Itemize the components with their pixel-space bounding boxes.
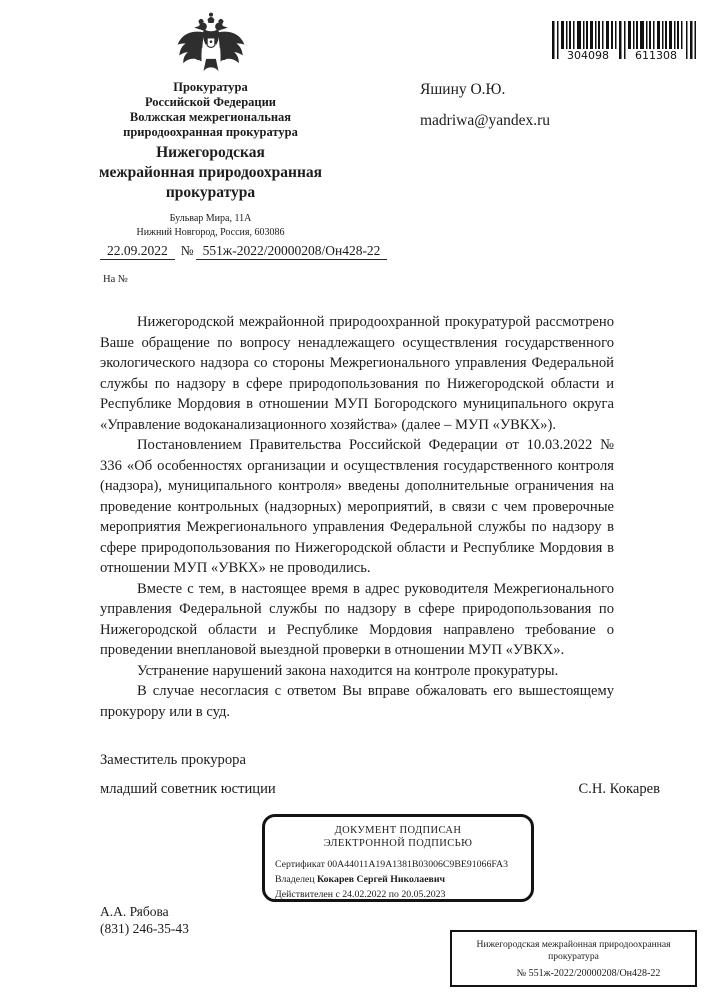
signer-name: С.Н. Кокарев <box>578 781 660 798</box>
signer-rank: младший советник юстиции <box>100 781 276 798</box>
addressee-email: madriwa@yandex.ru <box>420 105 550 136</box>
owner-label: Владелец <box>275 874 315 885</box>
outgoing-reference-line: 22.09.2022№551ж-2022/20000208/Он428-22 <box>100 243 387 259</box>
signature-row: младший советник юстиции С.Н. Кокарев <box>100 781 660 798</box>
russia-coat-of-arms-icon <box>172 12 250 76</box>
org-parent-line: природоохранная прокуратура <box>68 125 353 140</box>
addressee-block: Яшину О.Ю. madriwa@yandex.ru <box>420 74 550 136</box>
outgoing-number: 551ж-2022/20000208/Он428-22 <box>196 243 388 260</box>
org-address-line: Нижний Новгород, Россия, 603086 <box>68 226 353 240</box>
body-paragraph: В случае несогласия с ответом Вы вправе … <box>100 681 614 722</box>
stamp-certificate-line: Сертификат 00A44011A19A1381B03006C9BE910… <box>275 857 521 872</box>
letter-page: Прокуратура Российской Федерации Волжска… <box>0 0 706 1000</box>
letterhead: Прокуратура Российской Федерации Волжска… <box>68 12 353 240</box>
barcode-left-digits: 304098 <box>567 49 609 62</box>
body-paragraph: Постановлением Правительства Российской … <box>100 435 614 579</box>
owner-name: Кокарев Сергей Николаевич <box>317 874 445 885</box>
org-address: Бульвар Мира, 11А Нижний Новгород, Росси… <box>68 212 353 240</box>
body-paragraph: Нижегородской межрайонной природоохранно… <box>100 312 614 435</box>
org-name-line: прокуратура <box>68 183 353 203</box>
org-parent-name: Прокуратура Российской Федерации Волжска… <box>68 80 353 140</box>
stamp-details: Сертификат 00A44011A19A1381B03006C9BE910… <box>275 857 521 902</box>
registration-number: № 551ж-2022/20000208/Он428-22 <box>452 968 695 979</box>
org-parent-line: Российской Федерации <box>68 95 353 110</box>
org-name: Нижегородская межрайонная природоохранна… <box>68 143 353 203</box>
barcode-image: 304098 611308 <box>552 21 697 65</box>
org-address-line: Бульвар Мира, 11А <box>68 212 353 226</box>
stamp-title-line: ДОКУМЕНТ ПОДПИСАН <box>275 824 521 837</box>
barcode-right-digits: 611308 <box>635 49 677 62</box>
org-name-line: Нижегородская <box>68 143 353 163</box>
executor-block: А.А. Рябова (831) 246-35-43 <box>100 903 189 937</box>
letter-body: Нижегородской межрайонной природоохранно… <box>100 312 614 722</box>
reply-to-label: На № <box>103 274 128 285</box>
executor-phone: (831) 246-35-43 <box>100 920 189 937</box>
stamp-owner-line: Владелец Кокарев Сергей Николаевич <box>275 872 521 887</box>
registration-org: Нижегородская межрайонная природоохранна… <box>452 939 695 963</box>
org-name-line: межрайонная природоохранная <box>68 163 353 183</box>
body-paragraph: Вместе с тем, в настоящее время в адрес … <box>100 579 614 661</box>
org-parent-line: Прокуратура <box>68 80 353 95</box>
addressee-name: Яшину О.Ю. <box>420 74 550 105</box>
esignature-stamp: ДОКУМЕНТ ПОДПИСАН ЭЛЕКТРОННОЙ ПОДПИСЬЮ С… <box>262 814 534 902</box>
executor-name: А.А. Рябова <box>100 903 189 920</box>
stamp-title: ДОКУМЕНТ ПОДПИСАН ЭЛЕКТРОННОЙ ПОДПИСЬЮ <box>275 824 521 850</box>
number-sign: № <box>175 243 196 258</box>
stamp-validity-line: Действителен с 24.02.2022 по 20.05.2023 <box>275 887 521 902</box>
certificate-value: 00A44011A19A1381B03006C9BE91066FA3 <box>327 859 508 870</box>
certificate-label: Сертификат <box>275 859 325 870</box>
body-paragraph: Устранение нарушений закона находится на… <box>100 661 614 682</box>
org-parent-line: Волжская межрегиональная <box>68 110 353 125</box>
outgoing-date: 22.09.2022 <box>100 243 175 260</box>
registration-stamp: Нижегородская межрайонная природоохранна… <box>450 930 697 987</box>
signer-position: Заместитель прокурора <box>100 752 246 769</box>
stamp-title-line: ЭЛЕКТРОННОЙ ПОДПИСЬЮ <box>275 837 521 850</box>
